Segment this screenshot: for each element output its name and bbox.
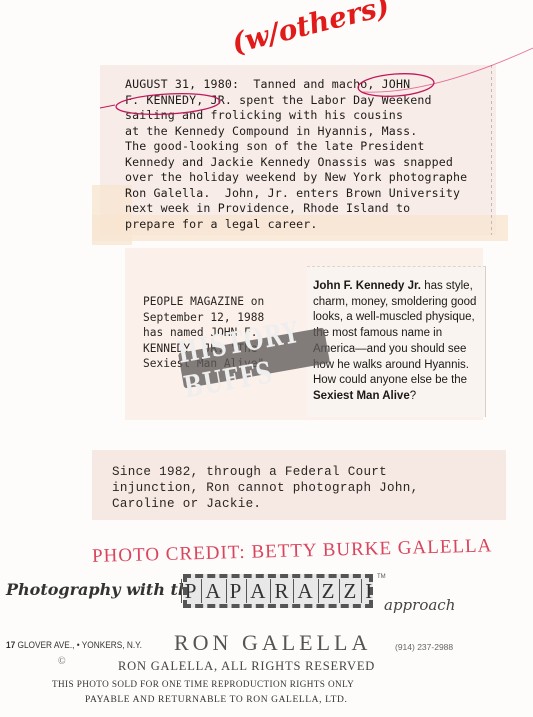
trademark-mark: TM xyxy=(377,574,386,580)
paparazzi-film-stamp: PAPARAZZI xyxy=(183,574,373,608)
photo-credit-stamp: PHOTO CREDIT: BETTY BURKE GALELLA xyxy=(92,534,533,568)
photography-with-the-text: Photography with the xyxy=(6,580,200,599)
stamp-letter: R xyxy=(270,579,291,603)
copyright-icon: © xyxy=(58,656,66,667)
news-clipping-1980: AUGUST 31, 1980: Tanned and macho, JOHNF… xyxy=(100,65,496,235)
stamp-letter: Z xyxy=(318,579,338,603)
stamp-letter: A xyxy=(201,579,223,603)
phone-number: (914) 237-2988 xyxy=(395,642,453,652)
rights-reserved-line: RON GALELLA, ALL RIGHTS RESERVED xyxy=(118,659,375,674)
clipping-text: AUGUST 31, 1980: Tanned and macho, JOHNF… xyxy=(125,77,467,232)
clipping-edge xyxy=(491,65,492,235)
magazine-excerpt-text: John F. Kennedy Jr. has style, charm, mo… xyxy=(313,279,485,405)
handwritten-annotation: (w/others) xyxy=(228,0,392,60)
ron-galella-name: RON GALELLA xyxy=(174,630,371,656)
approach-text: approach xyxy=(384,596,455,614)
history-buffs-watermark: HISTORY BUFFS xyxy=(178,327,330,388)
payable-returnable-line: PAYABLE AND RETURNABLE TO RON GALELLA, L… xyxy=(85,695,347,705)
stamp-letter: A xyxy=(246,579,268,603)
magazine-excerpt: John F. Kennedy Jr. has style, charm, mo… xyxy=(307,266,486,417)
stamp-letter: P xyxy=(226,579,245,603)
stamp-letter: I xyxy=(361,579,375,603)
address-stamp: 17 GLOVER AVE., • YONKERS, N.Y. xyxy=(6,640,142,650)
stamp-letter: Z xyxy=(339,579,359,603)
stamp-letter: P xyxy=(181,579,200,603)
injunction-text: Since 1982, through a Federal Courtinjun… xyxy=(112,464,418,512)
injunction-clipping: Since 1982, through a Federal Courtinjun… xyxy=(92,450,506,520)
reproduction-rights-line: THIS PHOTO SOLD FOR ONE TIME REPRODUCTIO… xyxy=(52,679,354,689)
stamp-letter: A xyxy=(293,579,315,603)
